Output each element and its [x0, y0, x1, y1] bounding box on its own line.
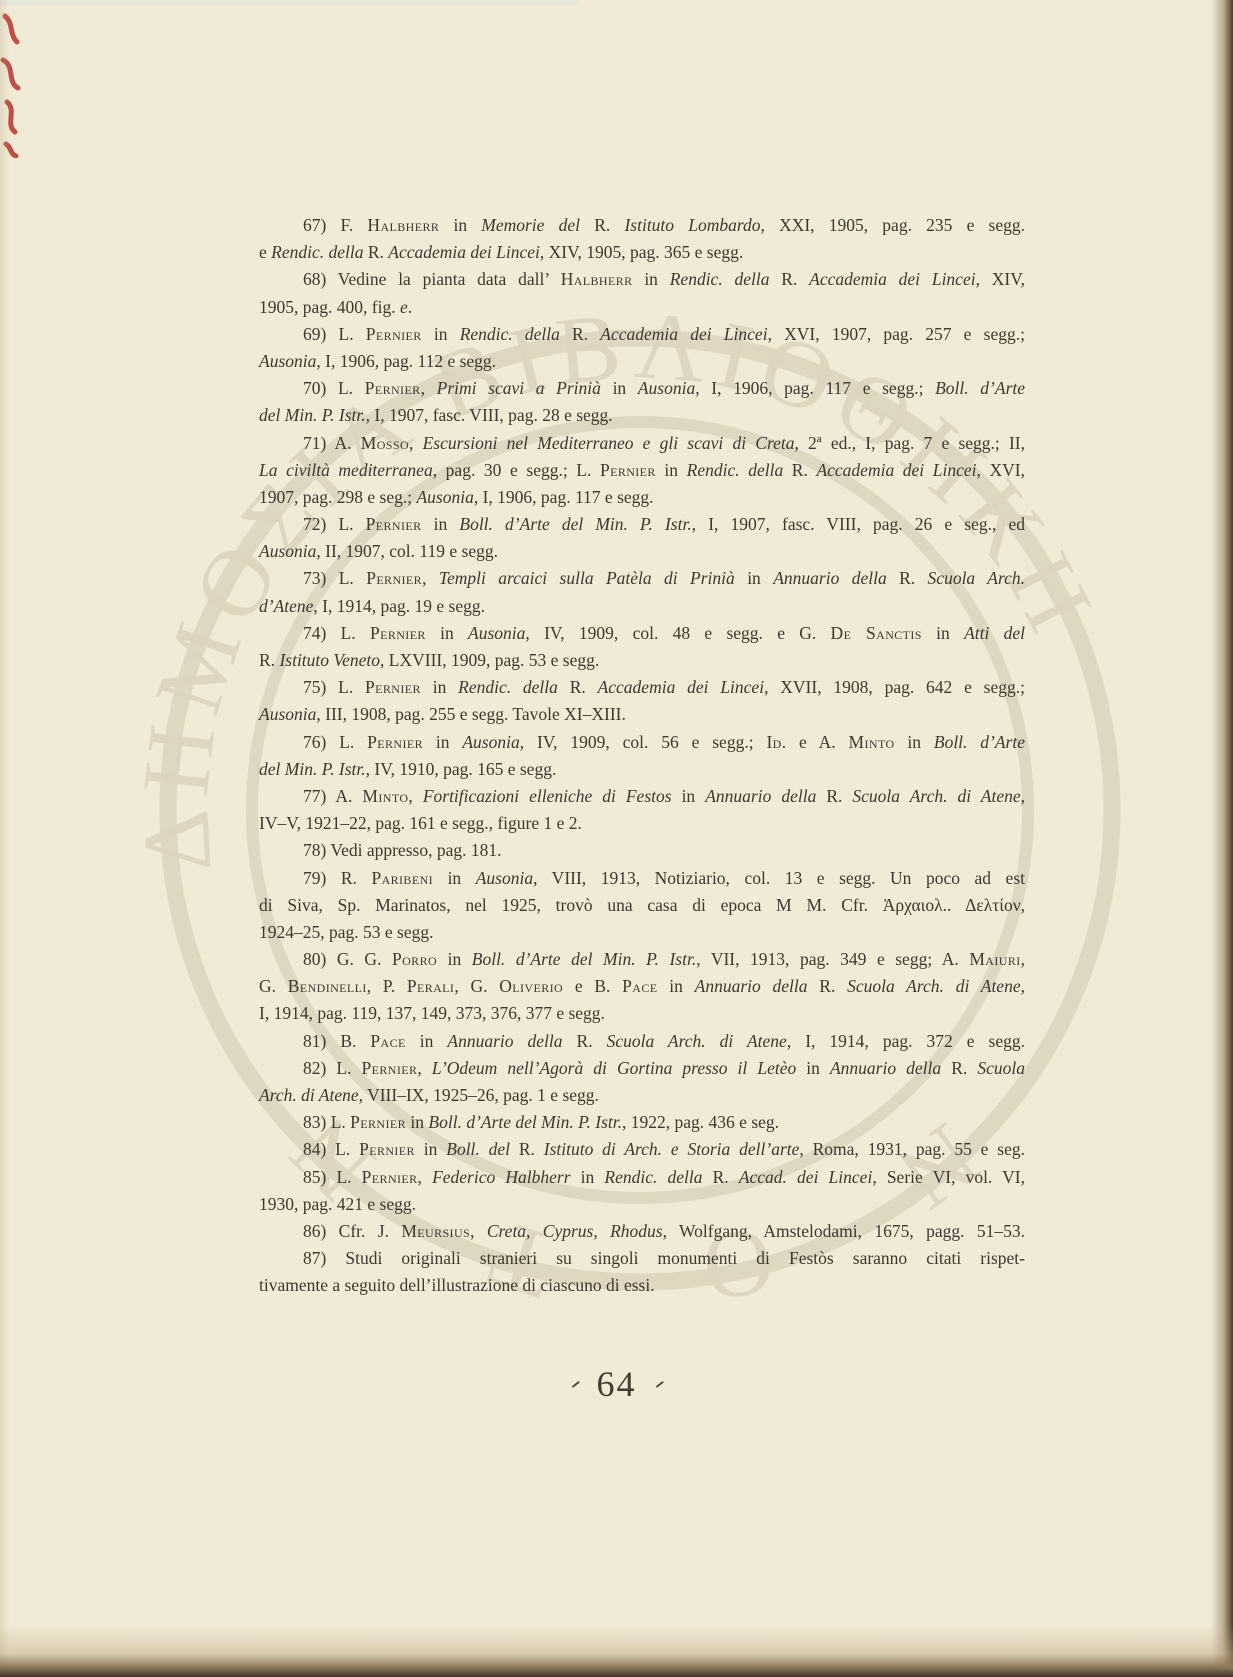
smallcaps-name: Pernier [365, 378, 421, 398]
plain-text: R. [259, 650, 279, 670]
plain-text: , I, 1906, pag. 117 e segg. [474, 487, 654, 507]
italic-text: Ausonia [259, 541, 316, 561]
italic-text: Escursioni nel Mediterraneo e gli scavi … [423, 433, 795, 453]
italic-text: e [400, 297, 408, 317]
smallcaps-name: Pernier [359, 1139, 415, 1159]
plain-text: R. [816, 786, 852, 806]
smallcaps-name: Pernier [350, 1112, 406, 1132]
plain-text: di Siva, Sp. Marinatos, nel 1925, trovò … [259, 895, 1025, 915]
footnote-line: tivamente a seguito dell’illustrazione d… [259, 1272, 1025, 1299]
plain-text: , I, 1907, fasc. VIII, pag. 26 e seg., e… [692, 514, 1025, 534]
footnote-line: 73) L. Pernier, Templi arcaici sulla Pat… [259, 565, 1025, 592]
plain-text: IV–V, 1921–22, pag. 161 e segg., figure … [259, 813, 582, 833]
plain-text: , IV, 1910, pag. 165 e segg. [366, 759, 557, 779]
smallcaps-name: Pernier [365, 677, 421, 697]
footnote-line: 85) L. Pernier, Federico Halbherr in Ren… [259, 1164, 1025, 1191]
italic-text: Annuario della [705, 786, 816, 806]
italic-text: Arch. di Atene [259, 1085, 359, 1105]
plain-text: in [426, 623, 468, 643]
italic-text: Accademia dei Lincei [816, 460, 976, 480]
plain-text: , I, 1914, pag. 19 e segg. [313, 596, 485, 616]
italic-text: Rendic. della [271, 242, 363, 262]
smallcaps-name: Minto [362, 786, 408, 806]
smallcaps-name: Pernier [370, 623, 426, 643]
plain-text: , [409, 433, 423, 453]
page-number-row: - 64 - [0, 1363, 1233, 1405]
plain-text: in [421, 677, 458, 697]
page-number-ornament-left: - [563, 1369, 588, 1396]
plain-text: 82) L. [303, 1058, 362, 1078]
footnote-line: del Min. P. Istr., I, 1907, fasc. VIII, … [259, 402, 1025, 429]
italic-text: Annuario della [773, 568, 887, 588]
plain-text: , XXI, 1905, pag. 235 e segg. [761, 215, 1025, 235]
plain-text: R. [363, 242, 388, 262]
plain-text: , XIV, 1905, pag. 365 e segg. [540, 242, 743, 262]
smallcaps-name: Porro [392, 949, 437, 969]
plain-text: in [422, 324, 460, 344]
footnote-line: 79) R. Paribeni in Ausonia, VIII, 1913, … [259, 865, 1025, 892]
footnote-line: I, 1914, pag. 119, 137, 149, 373, 376, 3… [259, 1000, 1025, 1027]
plain-text: , I, 1907, fasc. VIII, pag. 28 e segg. [366, 405, 613, 425]
italic-text: Rendic. della [604, 1167, 702, 1187]
italic-text: d’Atene [259, 596, 313, 616]
footnote-line: 1907, pag. 298 e seg.; Ausonia, I, 1906,… [259, 484, 1025, 511]
footnote-line: La civiltà mediterranea, pag. 30 e segg.… [259, 457, 1025, 484]
plain-text: in [895, 732, 934, 752]
smallcaps-name: Halbherr [561, 269, 633, 289]
smallcaps-name: Id [766, 732, 781, 752]
footnote-line: 1905, pag. 400, fig. e. [259, 294, 1025, 321]
footnote-line: Arch. di Atene, VIII–IX, 1925–26, pag. 1… [259, 1082, 1025, 1109]
footnote-line: di Siva, Sp. Marinatos, nel 1925, trovò … [259, 892, 1025, 919]
plain-text: , [408, 786, 422, 806]
smallcaps-name: Pernier [600, 460, 656, 480]
footnote-line: 76) L. Pernier in Ausonia, IV, 1909, col… [259, 729, 1025, 756]
plain-text: G. [259, 976, 288, 996]
plain-text: 87) Studi originali stranieri su singoli… [303, 1248, 1025, 1268]
italic-text: Accademia dei Lincei [598, 677, 765, 697]
footnote-line: del Min. P. Istr., IV, 1910, pag. 165 e … [259, 756, 1025, 783]
plain-text: 86) Cfr. J. [303, 1221, 401, 1241]
footnote-line: R. Istituto Veneto, LXVIII, 1909, pag. 5… [259, 647, 1025, 674]
footnote-line: 67) F. Halbherr in Memorie del R. Istitu… [259, 212, 1025, 239]
page-number-ornament-right: - [646, 1369, 671, 1396]
italic-text: Ausonia [259, 351, 316, 371]
footnote-line: 75) L. Pernier in Rendic. della R. Accad… [259, 674, 1025, 701]
plain-text: 80) G. G. [303, 949, 392, 969]
plain-text: , 2ª ed., I, pag. 7 e segg.; II, [794, 433, 1025, 453]
plain-text: I, 1914, pag. 119, 137, 149, 373, 376, 3… [259, 1003, 605, 1023]
plain-text: in [735, 568, 773, 588]
plain-text: R. [941, 1058, 977, 1078]
plain-text: , 1922, pag. 436 e seg. [622, 1112, 779, 1132]
italic-text: Scuola Arch. di Atene [607, 1031, 787, 1051]
italic-text: Istituto Lombardo [624, 215, 760, 235]
italic-text: L’Odeum nell’Agorà di Gortina presso il … [432, 1058, 796, 1078]
footnote-line: 70) L. Pernier, Primi scavi a Prinià in … [259, 375, 1025, 402]
italic-text: La civiltà mediterranea [259, 460, 433, 480]
plain-text: , XVI, 1907, pag. 257 e segg.; [768, 324, 1025, 344]
plain-text: R. [563, 1031, 607, 1051]
italic-text: Primi scavi a Prinià [437, 378, 601, 398]
plain-text: , I, 1906, pag. 112 e segg. [316, 351, 496, 371]
footnote-line: 87) Studi originali stranieri su singoli… [259, 1245, 1025, 1272]
plain-text: , [1021, 976, 1025, 996]
plain-text: 70) L. [303, 378, 365, 398]
plain-text: , [418, 1167, 433, 1187]
italic-text: Accademia dei Lincei [388, 242, 540, 262]
footnote-line: e Rendic. della R. Accademia dei Lincei,… [259, 239, 1025, 266]
plain-text: R. [560, 324, 600, 344]
italic-text: Annuario della [447, 1031, 562, 1051]
italic-text: Boll. del [446, 1139, 510, 1159]
plain-text: R. [887, 568, 928, 588]
plain-text: , IV, 1909, col. 48 e segg. e G. [525, 623, 830, 643]
italic-text: Boll. d’Arte [935, 378, 1025, 398]
plain-text: 81) B. [303, 1031, 370, 1051]
plain-text: , [1021, 786, 1025, 806]
plain-text: e [259, 242, 271, 262]
plain-text: , VIII–IX, 1925–26, pag. 1 e segg. [359, 1085, 599, 1105]
smallcaps-name: Mosso [361, 433, 409, 453]
plain-text: R. [769, 269, 809, 289]
plain-text: R. [580, 215, 624, 235]
plain-text: tivamente a seguito dell’illustrazione d… [259, 1275, 655, 1295]
plain-text: in [656, 460, 687, 480]
plain-text: in [437, 949, 472, 969]
plain-text: 73) L. [303, 568, 366, 588]
plain-text: , XIV, [976, 269, 1025, 289]
italic-text: Ausonia [638, 378, 695, 398]
plain-text: in [433, 868, 476, 888]
plain-text: 76) L. [303, 732, 367, 752]
footnote-line: 84) L. Pernier in Boll. del R. Istituto … [259, 1136, 1025, 1163]
plain-text: , [1021, 949, 1025, 969]
footnote-line: 68) Vedine la pianta data dall’ Halbherr… [259, 266, 1025, 293]
footnote-line: 77) A. Minto, Fortificazioni elleniche d… [259, 783, 1025, 810]
italic-text: Scuola Arch. di Atene [847, 976, 1020, 996]
italic-text: Istituto di Arch. e Storia dell’arte [544, 1139, 800, 1159]
plain-text: , LXVIII, 1909, pag. 53 e segg. [380, 650, 599, 670]
smallcaps-name: Pernier [367, 732, 423, 752]
footnote-line: 74) L. Pernier in Ausonia, IV, 1909, col… [259, 620, 1025, 647]
plain-text: 79) R. [303, 868, 371, 888]
plain-text: in [796, 1058, 830, 1078]
plain-text: , II, 1907, col. 119 e segg. [316, 541, 498, 561]
footnote-line: 1930, pag. 421 e segg. [259, 1191, 1025, 1218]
plain-text: in [571, 1167, 605, 1187]
plain-text: in [633, 269, 670, 289]
plain-text: R. [783, 460, 816, 480]
smallcaps-name: Meursius [401, 1221, 470, 1241]
plain-text: , XVII, 1908, pag. 642 e segg.; [764, 677, 1025, 697]
italic-text: del Min. P. Istr. [259, 759, 366, 779]
footnote-line: 82) L. Pernier, L’Odeum nell’Agorà di Go… [259, 1055, 1025, 1082]
plain-text: 85) L. [303, 1167, 362, 1187]
plain-text: in [415, 1139, 446, 1159]
smallcaps-name: Pernier [366, 324, 422, 344]
footnotes: 67) F. Halbherr in Memorie del R. Istitu… [259, 212, 1025, 1300]
smallcaps-name: Pernier [362, 1058, 418, 1078]
plain-text: , VIII, 1913, Notiziario, col. 13 e segg… [533, 868, 1025, 888]
footnote-line: 1924–25, pag. 53 e segg. [259, 919, 1025, 946]
plain-text: , Roma, 1931, pag. 55 e seg. [799, 1139, 1025, 1159]
smallcaps-name: Pernier [366, 568, 422, 588]
italic-text: Scuola Arch. di Atene [852, 786, 1020, 806]
scan-edge-right [1211, 0, 1233, 1677]
italic-text: Accademia dei Lincei [809, 269, 975, 289]
plain-text: . e A. [782, 732, 849, 752]
footnote-line: Ausonia, II, 1907, col. 119 e segg. [259, 538, 1025, 565]
footnote-line: 78) Vedi appresso, pag. 181. [259, 837, 1025, 864]
plain-text: , pag. 30 e segg.; L. [433, 460, 600, 480]
plain-text: , Serie VI, vol. VI, [872, 1167, 1025, 1187]
plain-text: , [422, 568, 439, 588]
plain-text: , [470, 1221, 487, 1241]
plain-text: in [439, 215, 481, 235]
plain-text: , Wolfgang, Amstelodami, 1675, pagg. 51–… [663, 1221, 1025, 1241]
plain-text: 74) L. [303, 623, 370, 643]
plain-text: in [672, 786, 706, 806]
plain-text: 77) A. [303, 786, 362, 806]
plain-text: 68) Vedine la pianta data dall’ [303, 269, 561, 289]
italic-text: Accademia dei Lincei [600, 324, 767, 344]
plain-text: 84) L. [303, 1139, 359, 1159]
footnote-line: 80) G. G. Porro in Boll. d’Arte del Min.… [259, 946, 1025, 973]
plain-text: 1905, pag. 400, fig. [259, 297, 400, 317]
smallcaps-name: Paribeni [371, 868, 433, 888]
plain-text: . [408, 297, 412, 317]
plain-text: 83) L. [303, 1112, 350, 1132]
italic-text: Rendic. della [670, 269, 770, 289]
italic-text: Annuario della [695, 976, 808, 996]
italic-text: Templi arcaici sulla Patèla di Prinià [439, 568, 735, 588]
plain-text: in [422, 514, 460, 534]
plain-text: in [601, 378, 638, 398]
page-number: 64 [597, 1363, 637, 1405]
smallcaps-name: Pace [370, 1031, 405, 1051]
footnote-line: 71) A. Mosso, Escursioni nel Mediterrane… [259, 430, 1025, 457]
plain-text: e B. [563, 976, 622, 996]
italic-text: Boll. d’Arte del Min. P. Istr. [459, 514, 691, 534]
italic-text: Federico Halbherr [432, 1167, 570, 1187]
plain-text: 78) Vedi appresso, pag. 181. [303, 840, 501, 860]
scan-edge-top [0, 0, 580, 5]
plain-text: 69) L. [303, 324, 366, 344]
italic-text: Ausonia [416, 487, 473, 507]
plain-text: R. [558, 677, 598, 697]
scanned-book-page: ΔΗΜΟΣΙΑ ΒΙΒΛΙΟΘΗΚΗ Ν Ο Τ Ν 67) F. Halbhe… [0, 0, 1233, 1677]
footnote-line: 86) Cfr. J. Meursius, Creta, Cyprus, Rho… [259, 1218, 1025, 1245]
footnote-line: G. Bendinelli, P. Perali, G. Oliverio e … [259, 973, 1025, 1000]
italic-text: Ausonia [259, 704, 316, 724]
plain-text: 71) A. [303, 433, 361, 453]
smallcaps-name: Halbherr [367, 215, 439, 235]
smallcaps-name: De Sanctis [831, 623, 922, 643]
italic-text: Creta, Cyprus, Rhodus [487, 1221, 663, 1241]
italic-text: Scuola [977, 1058, 1025, 1078]
plain-text: 72) L. [303, 514, 366, 534]
footnote-line: IV–V, 1921–22, pag. 161 e segg., figure … [259, 810, 1025, 837]
italic-text: Memorie del [481, 215, 580, 235]
plain-text: 67) F. [303, 215, 367, 235]
plain-text: 1907, pag. 298 e seg.; [259, 487, 416, 507]
italic-text: Boll. d’Arte del Min. P. Istr. [472, 949, 696, 969]
italic-text: Fortificazioni elleniche di Festos [423, 786, 672, 806]
scan-edge-bottom [0, 1625, 1233, 1677]
smallcaps-name: Oliverio [499, 976, 563, 996]
smallcaps-name: Maiuri [969, 949, 1020, 969]
footnote-line: 83) L. Pernier in Boll. d’Arte del Min. … [259, 1109, 1025, 1136]
footnote-line: Ausonia, I, 1906, pag. 112 e segg. [259, 348, 1025, 375]
plain-text: , VII, 1913, pag. 349 e segg; A. [696, 949, 969, 969]
smallcaps-name: Minto [849, 732, 895, 752]
italic-text: Atti del [964, 623, 1025, 643]
plain-text: , I, 1914, pag. 372 e segg. [787, 1031, 1025, 1051]
plain-text: R. [702, 1167, 738, 1187]
footnote-line: 72) L. Pernier in Boll. d’Arte del Min. … [259, 511, 1025, 538]
italic-text: Boll. d’Arte [934, 732, 1025, 752]
plain-text: 1924–25, pag. 53 e segg. [259, 922, 434, 942]
plain-text: , [417, 1058, 431, 1078]
italic-text: Ausonia [462, 732, 519, 752]
plain-text: , XVI, [977, 460, 1025, 480]
footnote-line: d’Atene, I, 1914, pag. 19 e segg. [259, 593, 1025, 620]
plain-text: , IV, 1909, col. 56 e segg.; [520, 732, 767, 752]
italic-text: Ausonia [468, 623, 525, 643]
italic-text: Rendic. della [687, 460, 784, 480]
plain-text: in [922, 623, 964, 643]
plain-text: 1930, pag. 421 e segg. [259, 1194, 416, 1214]
plain-text: , P. [367, 976, 407, 996]
footnote-line: 69) L. Pernier in Rendic. della R. Accad… [259, 321, 1025, 348]
italic-text: del Min. P. Istr. [259, 405, 366, 425]
smallcaps-name: Perali [407, 976, 454, 996]
italic-text: Boll. d’Arte del Min. P. Istr. [428, 1112, 622, 1132]
smallcaps-name: Pace [622, 976, 657, 996]
plain-text: in [423, 732, 462, 752]
italic-text: Annuario della [830, 1058, 941, 1078]
plain-text: in [406, 1112, 428, 1132]
italic-text: Scuola Arch. [928, 568, 1025, 588]
plain-text: , I, 1906, pag. 117 e segg.; [695, 378, 935, 398]
scan-edge-left [0, 0, 10, 1677]
plain-text: in [406, 1031, 448, 1051]
italic-text: Rendic. della [458, 677, 558, 697]
italic-text: Ausonia [476, 868, 533, 888]
italic-text: Rendic. della [460, 324, 560, 344]
plain-text: R. [510, 1139, 544, 1159]
italic-text: Accad. dei Lincei [739, 1167, 873, 1187]
smallcaps-name: Pernier [366, 514, 422, 534]
smallcaps-name: Bendinelli [288, 976, 367, 996]
footnote-line: Ausonia, III, 1908, pag. 255 e segg. Tav… [259, 701, 1025, 728]
plain-text: , [421, 378, 437, 398]
plain-text: in [658, 976, 695, 996]
smallcaps-name: Pernier [362, 1167, 418, 1187]
footnote-line: 81) B. Pace in Annuario della R. Scuola … [259, 1028, 1025, 1055]
plain-text: , III, 1908, pag. 255 e segg. Tavole XI–… [316, 704, 625, 724]
italic-text: Istituto Veneto [279, 650, 380, 670]
plain-text: 75) L. [303, 677, 365, 697]
plain-text: , G. [454, 976, 499, 996]
plain-text: R. [808, 976, 848, 996]
